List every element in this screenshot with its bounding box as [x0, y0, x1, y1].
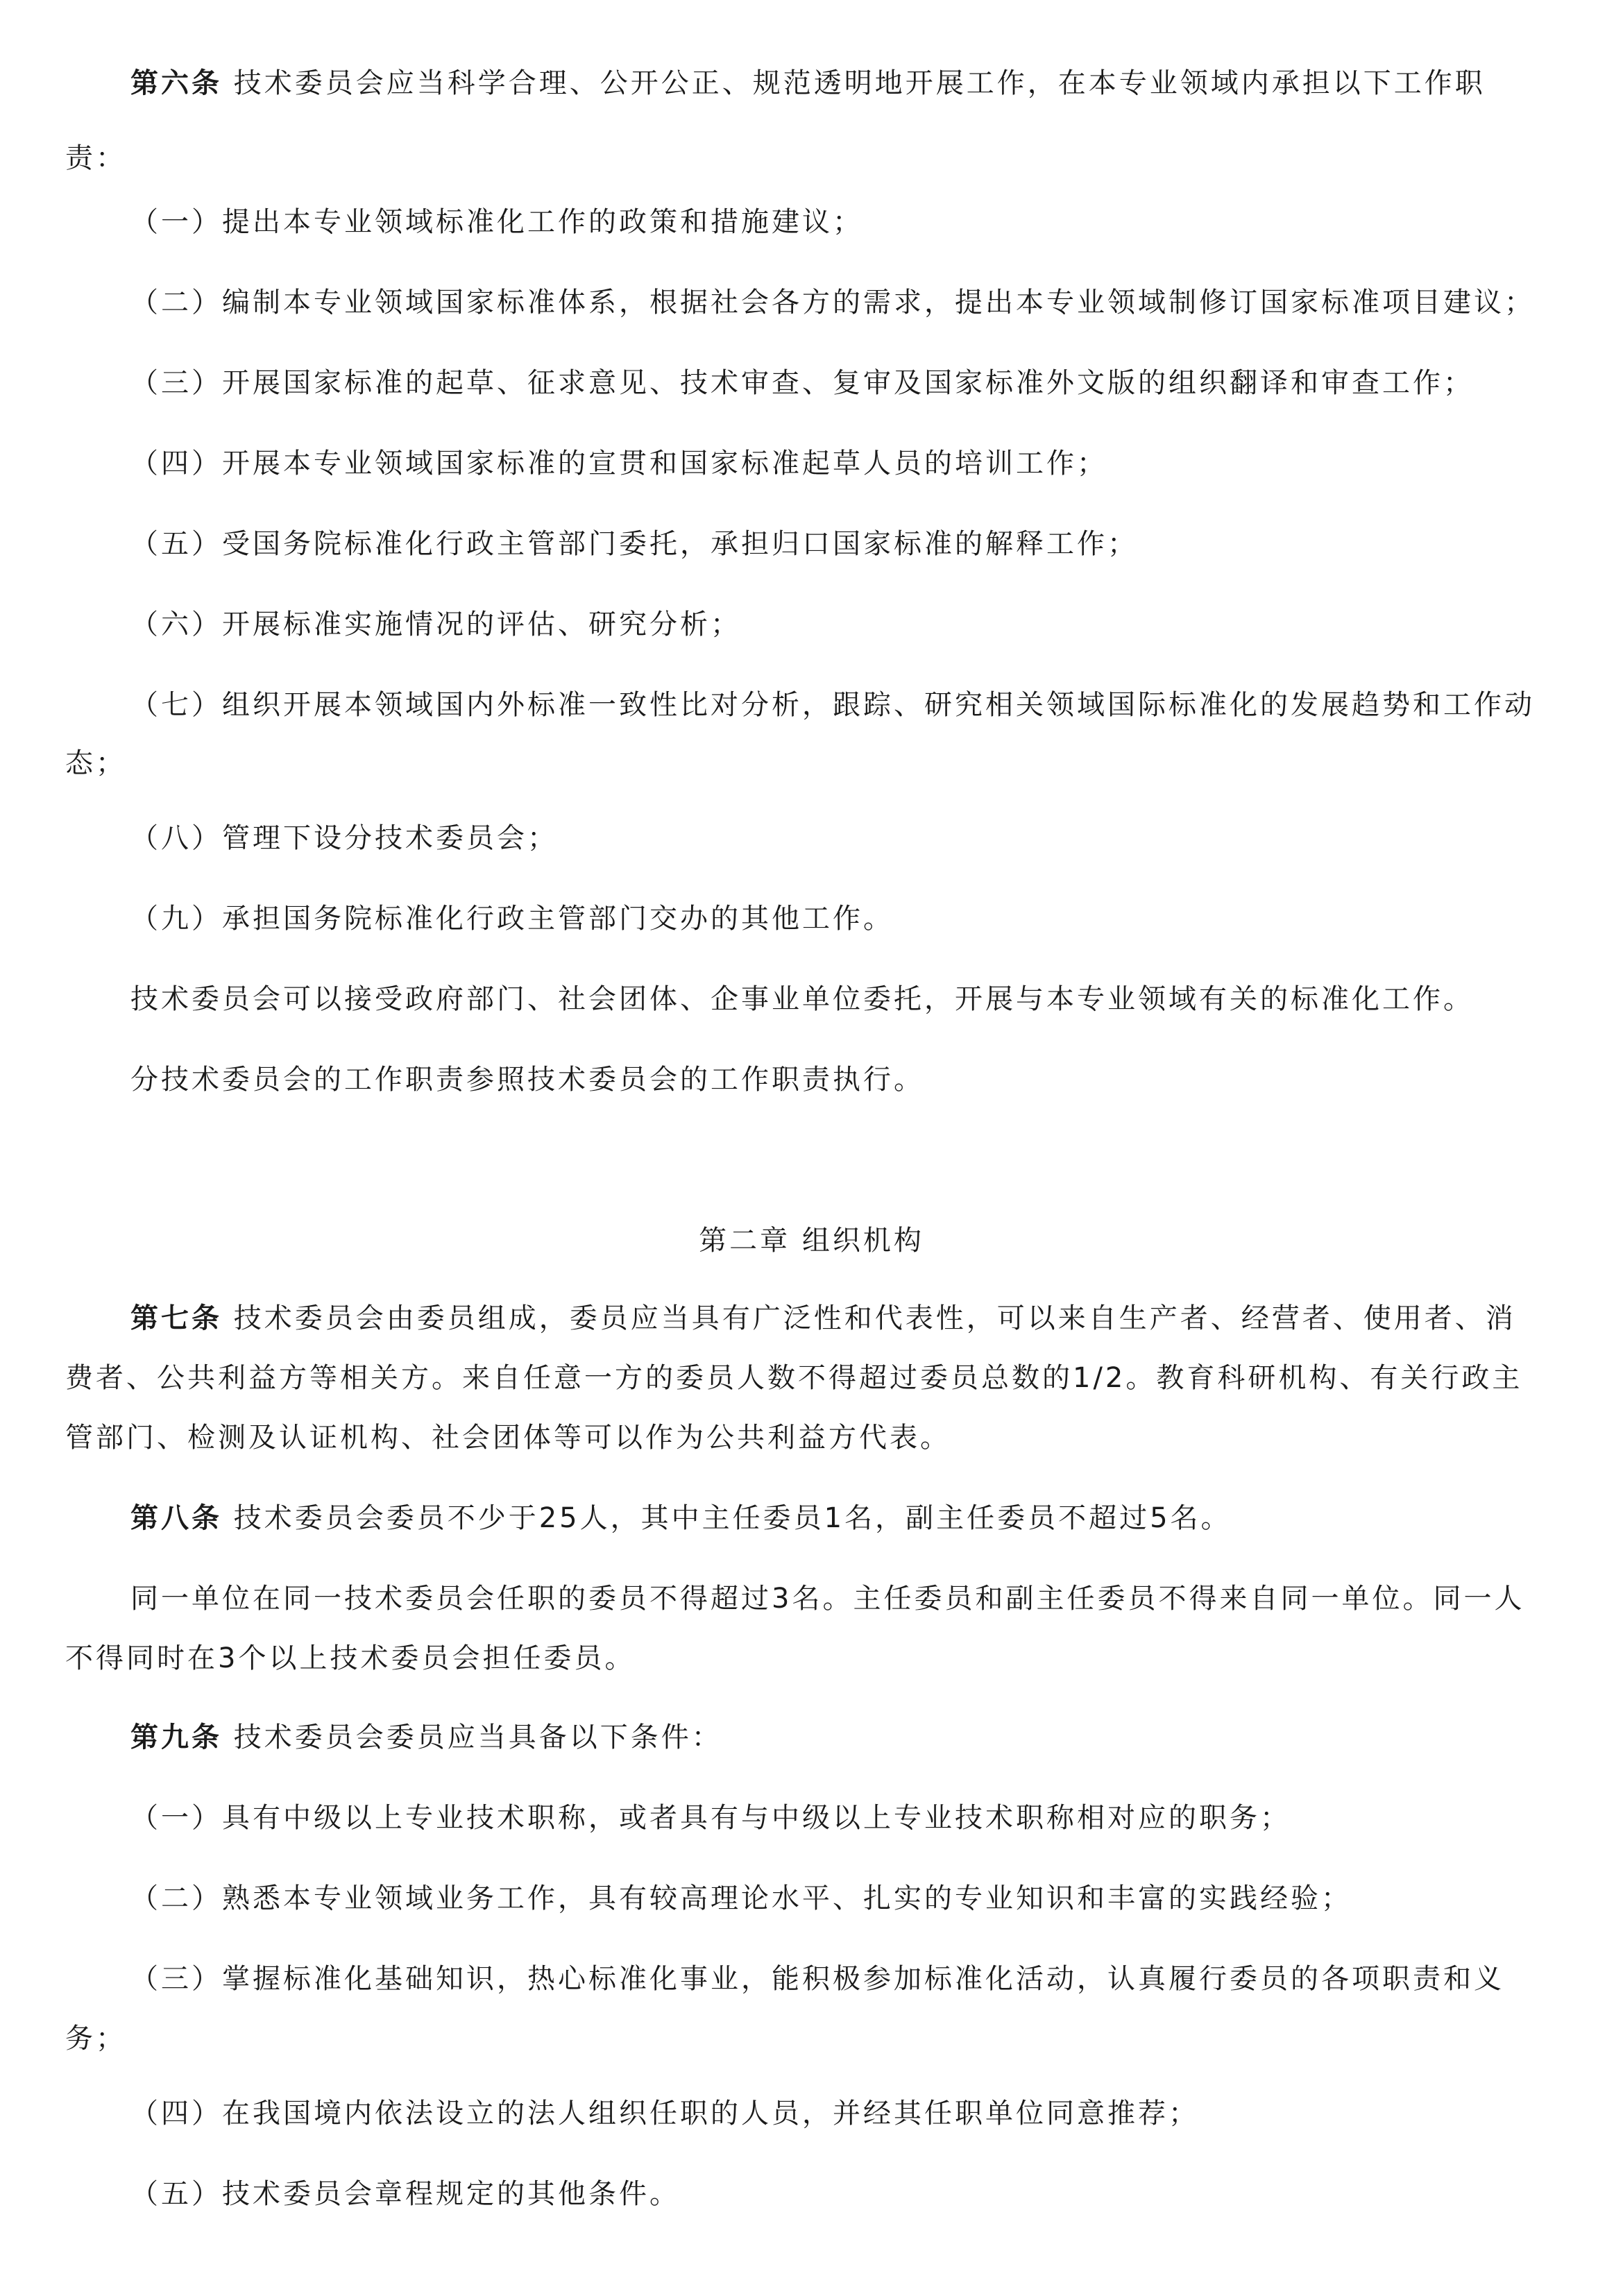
item-text: 开展本专业领域国家标准的宣贯和国家标准起草人员的培训工作；	[222, 448, 1107, 479]
article9-line1: 第九条 技术委员会委员应当具备以下条件：	[130, 1718, 722, 1757]
article8-para-line2: 不得同时在3个以上技术委员会担任委员。	[65, 1639, 635, 1678]
item-number: （六）	[130, 609, 222, 640]
article9-item-2: （二）熟悉本专业领域业务工作，具有较高理论水平、扎实的专业知识和丰富的实践经验；	[130, 1879, 1352, 1918]
article8-para-line1: 同一单位在同一技术委员会任职的委员不得超过3名。主任委员和副主任委员不得来自同一…	[130, 1579, 1524, 1618]
document-page: 第六条 技术委员会应当科学合理、公开公正、规范透明地开展工作，在本专业领域内承担…	[0, 0, 1623, 2296]
article9-label: 第九条	[130, 1721, 222, 1753]
article7-label: 第七条	[130, 1302, 222, 1334]
item-number: （七）	[130, 689, 222, 721]
article9-item-5: （五）技术委员会章程规定的其他条件。	[130, 2175, 680, 2213]
item-text: 具有中级以上专业技术职称，或者具有与中级以上专业技术职称相对应的职务；	[222, 1802, 1291, 1834]
article9-item-4: （四）在我国境内依法设立的法人组织任职的人员，并经其任职单位同意推荐；	[130, 2094, 1199, 2133]
item-text: 掌握标准化基础知识，热心标准化事业，能积极参加标准化活动，认真履行委员的各项职责…	[222, 1963, 1504, 1995]
item-text: 承担国务院标准化行政主管部门交办的其他工作。	[222, 903, 894, 935]
item-number: （三）	[130, 1963, 222, 1995]
article8-label: 第八条	[130, 1502, 222, 1534]
article6-item-3: （三）开展国家标准的起草、征求意见、技术审查、复审及国家标准外文版的组织翻译和审…	[130, 364, 1474, 402]
article6-item-1: （一）提出本专业领域标准化工作的政策和措施建议；	[130, 203, 863, 241]
article6-item-7-cont: 态；	[65, 744, 126, 783]
article6-para1: 技术委员会可以接受政府部门、社会团体、企事业单位委托，开展与本专业领域有关的标准…	[130, 980, 1474, 1019]
article7-text: 技术委员会由委员组成，委员应当具有广泛性和代表性，可以来自生产者、经营者、使用者…	[234, 1302, 1516, 1334]
article8-line1: 第八条 技术委员会委员不少于25人，其中主任委员1名，副主任委员不超过5名。	[130, 1499, 1232, 1538]
item-number: （四）	[130, 448, 222, 479]
item-number: （五）	[130, 2178, 222, 2210]
item-text: 管理下设分技术委员会；	[222, 822, 558, 854]
article7-line2: 费者、公共利益方等相关方。来自任意一方的委员人数不得超过委员总数的1/2。教育科…	[65, 1359, 1522, 1397]
article9-item-3-cont: 务；	[65, 2019, 126, 2058]
article8-text: 技术委员会委员不少于25人，其中主任委员1名，副主任委员不超过5名。	[234, 1502, 1232, 1534]
article6-item-4: （四）开展本专业领域国家标准的宣贯和国家标准起草人员的培训工作；	[130, 444, 1107, 483]
article9-text: 技术委员会委员应当具备以下条件：	[234, 1721, 722, 1753]
item-number: （三）	[130, 367, 222, 399]
item-text: 提出本专业领域标准化工作的政策和措施建议；	[222, 206, 863, 238]
article6-label: 第六条	[130, 67, 222, 99]
article9-item-3: （三）掌握标准化基础知识，热心标准化事业，能积极参加标准化活动，认真履行委员的各…	[130, 1959, 1504, 1998]
item-text: 在我国境内依法设立的法人组织任职的人员，并经其任职单位同意推荐；	[222, 2098, 1199, 2129]
item-text: 开展国家标准的起草、征求意见、技术审查、复审及国家标准外文版的组织翻译和审查工作…	[222, 367, 1474, 399]
item-text: 组织开展本领域国内外标准一致性比对分析，跟踪、研究相关领域国际标准化的发展趋势和…	[222, 689, 1535, 721]
article9-item-1: （一）具有中级以上专业技术职称，或者具有与中级以上专业技术职称相对应的职务；	[130, 1798, 1291, 1837]
article6-item-8: （八）管理下设分技术委员会；	[130, 819, 558, 858]
article6-item-6: （六）开展标准实施情况的评估、研究分析；	[130, 605, 741, 644]
chapter2-title: 第二章 组织机构	[0, 1221, 1623, 1260]
article7-line3: 管部门、检测及认证机构、社会团体等可以作为公共利益方代表。	[65, 1418, 951, 1457]
item-number: （一）	[130, 206, 222, 238]
item-number: （四）	[130, 2098, 222, 2129]
item-text: 编制本专业领域国家标准体系，根据社会各方的需求，提出本专业领域制修订国家标准项目…	[222, 287, 1535, 318]
item-number: （九）	[130, 903, 222, 935]
item-number: （二）	[130, 287, 222, 318]
article6-item-2: （二）编制本专业领域国家标准体系，根据社会各方的需求，提出本专业领域制修订国家标…	[130, 283, 1535, 322]
article6-line2: 责：	[65, 139, 126, 178]
article6-item-9: （九）承担国务院标准化行政主管部门交办的其他工作。	[130, 899, 894, 938]
article6-para2: 分技术委员会的工作职责参照技术委员会的工作职责执行。	[130, 1060, 924, 1099]
item-number: （二）	[130, 1882, 222, 1914]
item-number: （一）	[130, 1802, 222, 1834]
article6-line1: 第六条 技术委员会应当科学合理、公开公正、规范透明地开展工作，在本专业领域内承担…	[130, 64, 1486, 103]
item-number: （五）	[130, 528, 222, 560]
item-text: 受国务院标准化行政主管部门委托，承担归口国家标准的解释工作；	[222, 528, 1138, 560]
article7-line1: 第七条 技术委员会由委员组成，委员应当具有广泛性和代表性，可以来自生产者、经营者…	[130, 1299, 1516, 1338]
article6-text: 技术委员会应当科学合理、公开公正、规范透明地开展工作，在本专业领域内承担以下工作…	[234, 67, 1486, 99]
item-text: 熟悉本专业领域业务工作，具有较高理论水平、扎实的专业知识和丰富的实践经验；	[222, 1882, 1352, 1914]
item-number: （八）	[130, 822, 222, 854]
article6-item-7: （七）组织开展本领域国内外标准一致性比对分析，跟踪、研究相关领域国际标准化的发展…	[130, 686, 1535, 724]
article6-item-5: （五）受国务院标准化行政主管部门委托，承担归口国家标准的解释工作；	[130, 525, 1138, 563]
item-text: 技术委员会章程规定的其他条件。	[222, 2178, 680, 2210]
item-text: 开展标准实施情况的评估、研究分析；	[222, 609, 741, 640]
